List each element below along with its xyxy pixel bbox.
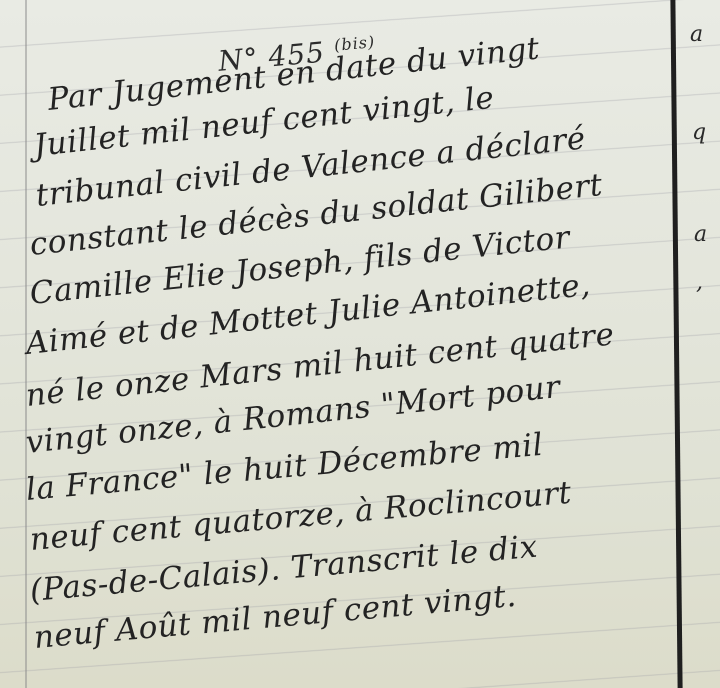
margin-fragment: , [696,270,703,295]
margin-fragment: a [690,22,703,47]
margin-fragment: q [692,120,706,145]
margin-fragment: a [694,222,707,247]
register-page: N° 455(bis) Par Jugement en date du ving… [0,0,720,688]
adjacent-column: a q a , [684,0,720,688]
